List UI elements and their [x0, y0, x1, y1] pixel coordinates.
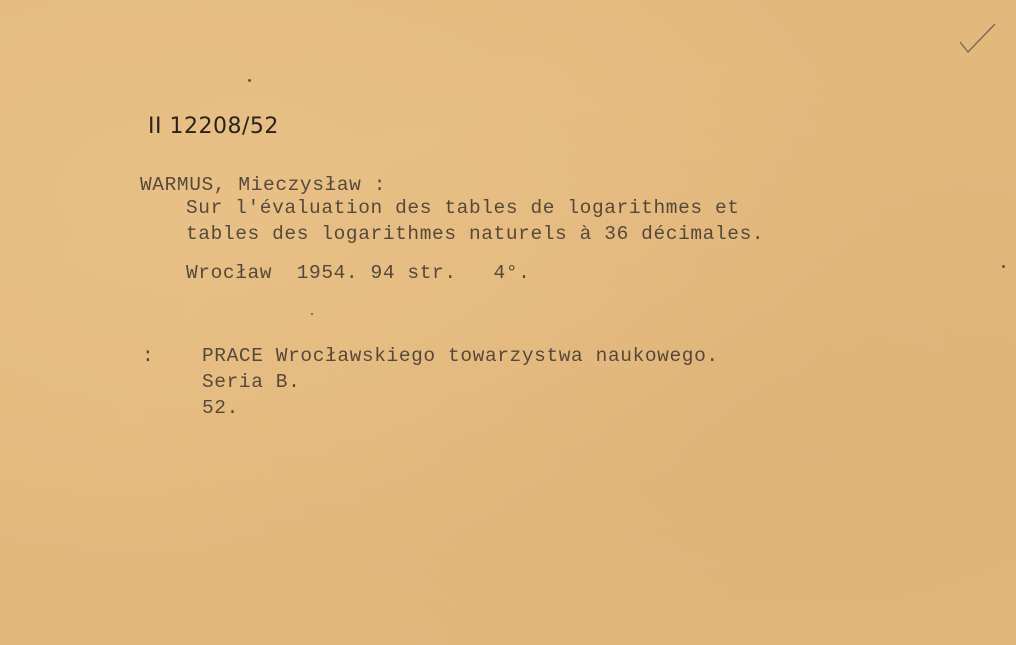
series-line-1: PRACE Wrocławskiego towarzystwa naukoweg… [202, 345, 719, 367]
series-line-2: Seria B. [202, 371, 300, 393]
series-marker: : [142, 345, 154, 367]
author: WARMUS, Mieczysław : [140, 174, 386, 196]
series-line-3: 52. [202, 397, 239, 419]
title-line-2: tables des logarithmes naturels à 36 déc… [186, 223, 764, 245]
ink-speck [248, 79, 251, 82]
check-mark-icon [958, 22, 998, 56]
title-line-1: Sur l'évaluation des tables de logarithm… [186, 197, 740, 219]
imprint: Wrocław 1954. 94 str. 4°. [186, 262, 530, 284]
ink-speck [1002, 265, 1005, 268]
catalog-card: II 12208/52 WARMUS, Mieczysław : Sur l'é… [0, 0, 1016, 645]
ink-speck [311, 313, 313, 315]
call-number: II 12208/52 [148, 114, 279, 139]
